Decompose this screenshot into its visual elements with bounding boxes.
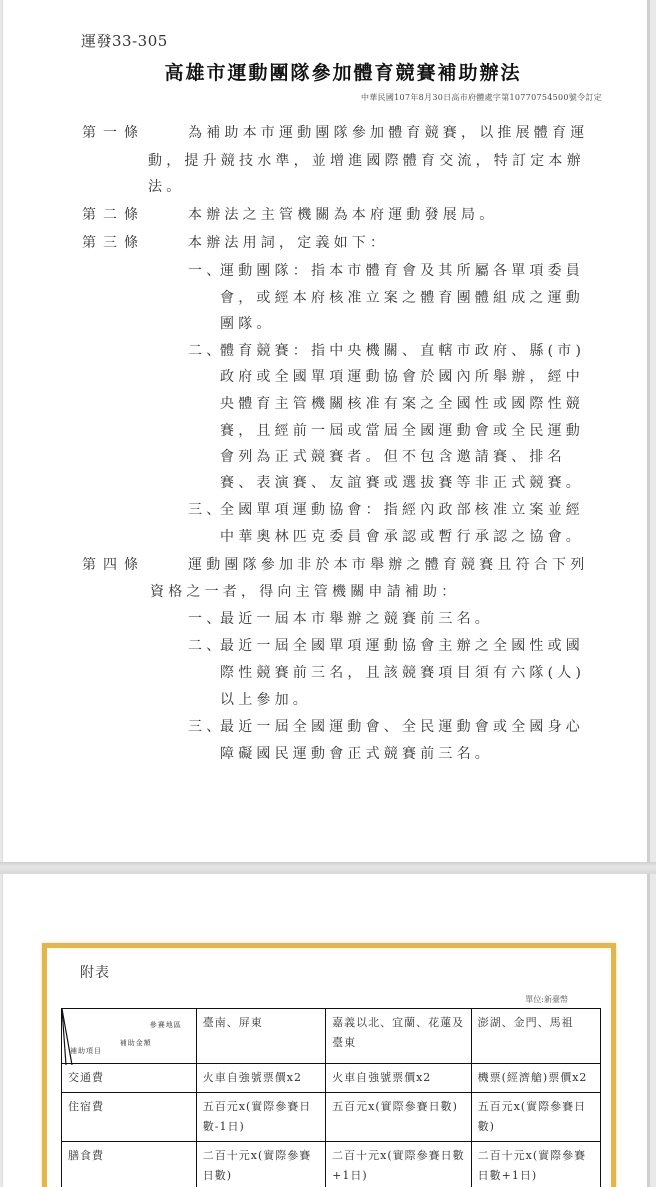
article-3-label: 第三條 [82, 232, 145, 252]
article-4-item-1-line: 最近一屆本市舉辦之競賽前三名。 [220, 608, 493, 628]
article-4-item-2-line: 以上參加。 [220, 689, 311, 709]
table-cell: 二百十元x(實際參賽日數+1日) [326, 1142, 472, 1187]
table-cell: 二百十元x(實際參賽日數+1日) [471, 1142, 600, 1187]
table-cell: 火車自強號票價x2 [196, 1064, 325, 1093]
article-3-item-2-line: 賽，且經前一屆或當屆全國運動會或全民運動 [220, 420, 584, 440]
table-row: 膳食費 二百十元x(實際參賽日數) 二百十元x(實際參賽日數+1日) 二百十元x… [62, 1142, 601, 1187]
article-4-item-2-line: 際性競賽前三名，且該競賽項目須有六隊(人) [220, 662, 585, 682]
article-3-item-1-line: 團隊。 [220, 313, 275, 333]
article-4-item-2-num: 二、 [188, 635, 224, 655]
row-label: 膳食費 [62, 1142, 197, 1187]
column-header: 臺南、屏東 [196, 1009, 325, 1064]
table-cell: 機票(經濟艙)票價x2 [471, 1064, 600, 1093]
table-row: 住宿費 五百元x(實際參賽日數-1日) 五百元x(實際參賽日數) 五百元x(實際… [62, 1093, 601, 1142]
row-label: 交通費 [62, 1064, 197, 1093]
article-3-item-3-line: 全國單項運動協會：指經內政部核准立案並經 [220, 499, 584, 519]
column-header: 澎湖、金門、馬祖 [471, 1009, 600, 1064]
article-3-item-2-line: 央體育主管機關核准有案之全國性或國際性競 [220, 393, 584, 413]
table-cell: 五百元x(實際參賽日數-1日) [196, 1093, 325, 1142]
article-2-line: 本辦法之主管機關為本府運動發展局。 [188, 204, 497, 224]
article-1-line: 為補助本市運動團隊參加體育競賽，以推展體育運 [188, 122, 588, 142]
article-3-item-3-line: 中華奧林匹克委員會承認或暫行承認之協會。 [220, 526, 584, 546]
appendix-title: 附表 [80, 962, 110, 982]
article-4-item-1-num: 一、 [188, 608, 224, 628]
row-label: 住宿費 [62, 1093, 197, 1142]
table-cell: 火車自強號票價x2 [326, 1064, 472, 1093]
promulgation-note: 中華民國107年8月30日高市府體處字第10770754500號令訂定 [361, 92, 602, 103]
article-3-item-1-line: 會，或經本府核准立案之體育團體組成之運動 [220, 287, 584, 307]
article-4-item-3-num: 三、 [188, 716, 224, 736]
table-cell: 二百十元x(實際參賽日數) [196, 1142, 325, 1187]
column-header: 嘉義以北、宜蘭、花蓮及臺東 [326, 1009, 472, 1064]
header-amount-label: 補助金額 [120, 1033, 152, 1053]
document-title: 高雄市運動團隊參加體育競賽補助辦法 [0, 58, 656, 85]
article-1-line: 動，提升競技水準，並增進國際體育交流，特訂定本辦 [148, 150, 585, 170]
subsidy-table: 參賽地區 補助金額 補助項目 臺南、屏東 嘉義以北、宜蘭、花蓮及臺東 澎湖、金門… [61, 1008, 601, 1187]
article-3-item-2-line: 體育競賽：指中央機關、直轄市政府、縣(市) [220, 340, 585, 360]
header-item-label: 補助項目 [70, 1041, 102, 1061]
table-header-row: 參賽地區 補助金額 補助項目 臺南、屏東 嘉義以北、宜蘭、花蓮及臺東 澎湖、金門… [62, 1009, 601, 1064]
table-cell: 五百元x(實際參賽日數) [326, 1093, 472, 1142]
article-4-line: 資格之一者，得向主管機關申請補助： [150, 581, 459, 601]
article-1-label: 第一條 [82, 122, 145, 142]
article-3-item-1-line: 運動團隊：指本市體育會及其所屬各單項委員 [220, 260, 584, 280]
table-row: 交通費 火車自強號票價x2 火車自強號票價x2 機票(經濟艙)票價x2 [62, 1064, 601, 1093]
document-number: 運發33-305 [81, 30, 168, 51]
article-3-item-2-line: 政府或全國單項運動協會於國內所舉辦，經中 [220, 366, 584, 386]
article-2-label: 第二條 [82, 204, 145, 224]
header-region-label: 參賽地區 [150, 1015, 182, 1035]
article-3-item-1-num: 一、 [188, 260, 224, 280]
table-cell: 五百元x(實際參賽日數) [471, 1093, 600, 1142]
article-3-item-2-line: 賽、表演賽、友誼賽或選拔賽等非正式競賽。 [220, 472, 584, 492]
article-3-item-2-line: 會列為正式競賽者。但不包含邀請賽、排名 [220, 446, 566, 466]
article-4-item-3-line: 最近一屆全國運動會、全民運動會或全國身心 [220, 716, 584, 736]
article-3-item-3-num: 三、 [188, 499, 224, 519]
article-4-item-3-line: 障礙國民運動會正式競賽前三名。 [220, 743, 493, 763]
currency-unit: 單位:新臺幣 [525, 994, 568, 1005]
article-4-line: 運動團隊參加非於本市舉辦之體育競賽且符合下列 [188, 554, 588, 574]
diagonal-header-cell: 參賽地區 補助金額 補助項目 [62, 1009, 197, 1064]
article-1-line: 法。 [148, 176, 184, 196]
page-separator [0, 862, 656, 874]
article-4-label: 第四條 [82, 554, 145, 574]
article-4-item-2-line: 最近一屆全國單項運動協會主辦之全國性或國 [220, 635, 584, 655]
article-3-line: 本辦法用詞，定義如下： [188, 232, 388, 252]
article-3-item-2-num: 二、 [188, 340, 224, 360]
